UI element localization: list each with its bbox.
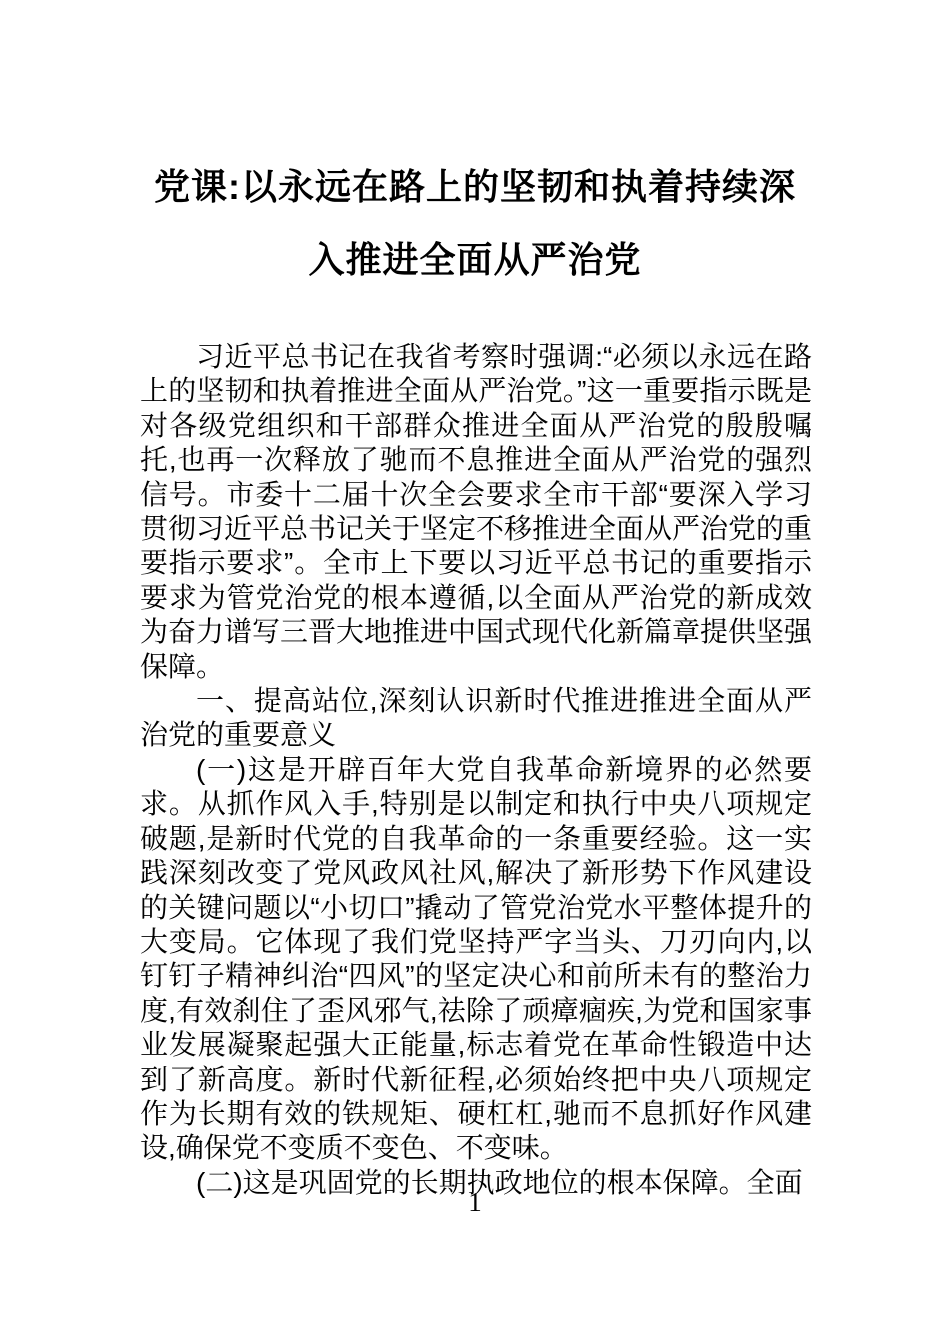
document-title: 党课:以永远在路上的坚韧和执着持续深 入推进全面从严治党 (0, 150, 950, 296)
paragraph-section-1-point-1: (一)这是开辟百年大党自我革命新境界的必然要求。从抓作风入手,特别是以制定和执行… (140, 753, 812, 1166)
page-number: 1 (0, 1186, 950, 1218)
document-title-line-1: 党课:以永远在路上的坚韧和执着持续深 (0, 150, 950, 223)
section-heading-1: 一、提高站位,深刻认识新时代推进推进全面从严治党的重要意义 (140, 684, 812, 753)
document-title-line-2: 入推进全面从严治党 (0, 223, 950, 296)
document-body: 习近平总书记在我省考察时强调:“必须以永远在路上的坚韧和执着推进全面从严治党。”… (140, 340, 812, 1200)
paragraph-intro: 习近平总书记在我省考察时强调:“必须以永远在路上的坚韧和执着推进全面从严治党。”… (140, 340, 812, 684)
document-page: 党课:以永远在路上的坚韧和执着持续深 入推进全面从严治党 习近平总书记在我省考察… (0, 0, 950, 1344)
